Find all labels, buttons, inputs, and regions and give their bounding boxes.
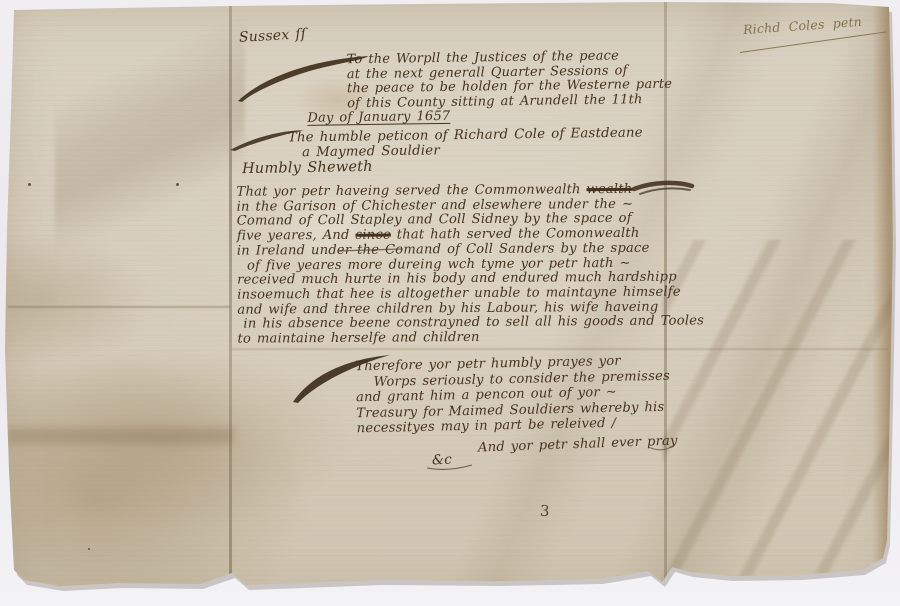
horizontal-fold-center: [232, 348, 888, 350]
stain-band-left-panel: [8, 428, 234, 444]
ink-speck: [88, 548, 90, 550]
stain-smudge-left-panel: [55, 0, 245, 270]
etc-mark: &c: [432, 452, 453, 469]
docket-note: Richd Coles petn: [743, 14, 863, 37]
ink-speck: [28, 183, 31, 186]
page-number: 3: [539, 502, 550, 521]
salutation: Humbly Sheweth: [242, 159, 373, 177]
prayer-block: Therefore yor petr humbly prayes yor Wor…: [355, 353, 671, 438]
ink-speck: [176, 183, 179, 186]
closing-line: And yor petr shall ever pray: [478, 434, 678, 456]
petition-paper: Sussex ſſ Richd Coles petn To the Worpll…: [0, 0, 900, 606]
vertical-fold-left: [229, 5, 232, 583]
struck-word: wealth: [586, 182, 632, 197]
body-line: to maintaine herselfe and children: [237, 329, 704, 347]
county-mark: Sussex ſſ: [239, 26, 307, 45]
petitioner-block: The humble peticon of Richard Cole of Ea…: [288, 126, 643, 161]
address-date-line: Day of January 1657: [307, 107, 672, 127]
horizontal-fold-left-panel: [8, 306, 230, 308]
body-block: That yor petr haveing served the Commonw…: [236, 182, 704, 347]
address-block: To the Worpll the Justices of the peace …: [347, 49, 673, 127]
manuscript-scan: Sussex ſſ Richd Coles petn To the Worpll…: [0, 0, 900, 606]
struck-word: since: [355, 228, 391, 243]
